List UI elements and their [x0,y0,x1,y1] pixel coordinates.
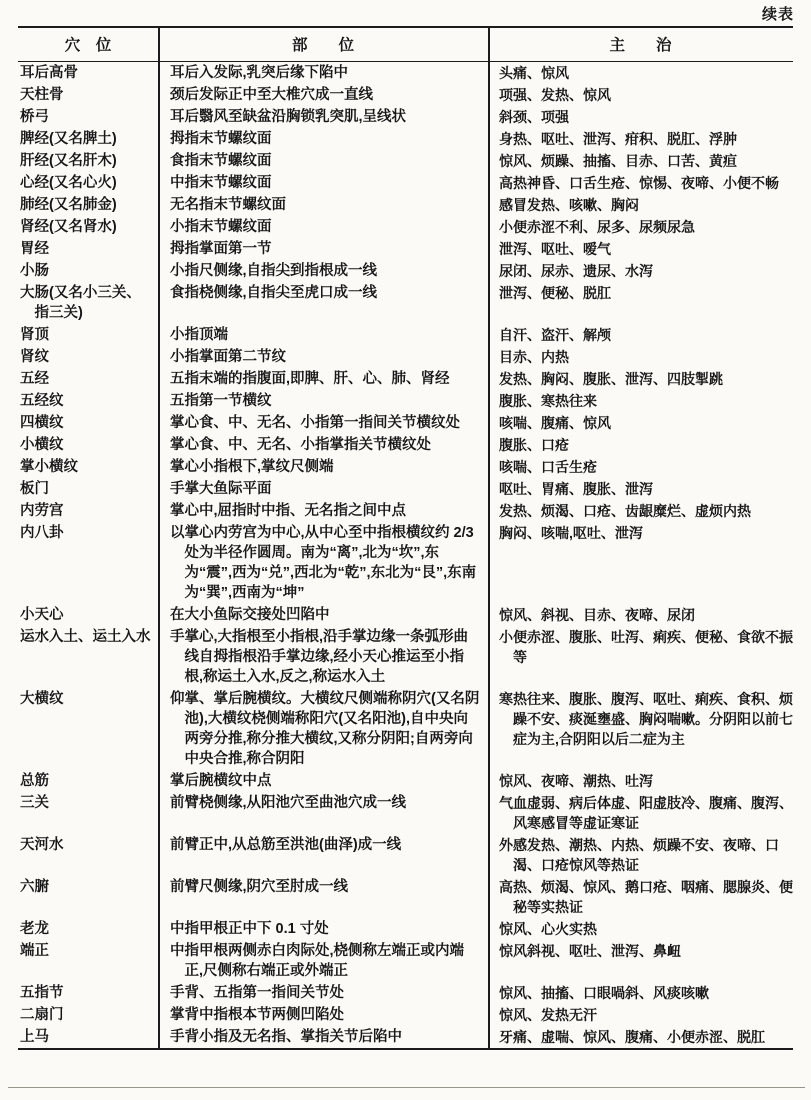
table-row: 端正中指甲根两侧赤白肉际处,桡侧称左端正或内端正,尺侧称右端正或外端正惊风斜视、… [18,940,793,982]
location-cell: 小指顶端 [158,324,488,346]
location-cell: 掌心食、中、无名、小指第一指间关节横纹处 [158,412,488,434]
point-cell: 五指节 [18,982,158,1004]
table-row: 老龙中指甲根正中下 0.1 寸处惊风、心火实热 [18,918,793,940]
location-cell: 掌心中,屈指时中指、无名指之间中点 [158,500,488,522]
table-row: 小横纹掌心食、中、无名、小指掌指关节横纹处腹胀、口疮 [18,434,793,456]
point-cell: 小横纹 [18,434,158,456]
indications-cell: 项强、发热、惊风 [488,84,793,106]
point-cell: 大横纹 [18,688,158,770]
point-cell: 肾经(又名肾水) [18,216,158,238]
indications-cell: 腹胀、口疮 [488,434,793,456]
table-row: 心经(又名心火)中指末节螺纹面高热神昏、口舌生疮、惊惕、夜啼、小便不畅 [18,172,793,194]
point-cell: 内八卦 [18,522,158,604]
indications-cell: 自汗、盗汗、解颅 [488,324,793,346]
table-header: 穴 位 部 位 主 治 [18,28,793,62]
point-cell: 小天心 [18,604,158,626]
location-cell: 手掌大鱼际平面 [158,478,488,500]
point-cell: 肝经(又名肝木) [18,150,158,172]
table-row: 板门手掌大鱼际平面呕吐、胃痛、腹胀、泄泻 [18,478,793,500]
point-cell: 板门 [18,478,158,500]
indications-cell: 小便赤涩、腹胀、吐泻、痢疾、便秘、食欲不振等 [488,626,793,688]
point-cell: 天柱骨 [18,84,158,106]
location-cell: 中指末节螺纹面 [158,172,488,194]
column-header-location: 部 位 [158,28,488,61]
indications-cell: 咳喘、口舌生疮 [488,456,793,478]
table-row: 三关前臂桡侧缘,从阳池穴至曲池穴成一线气血虚弱、病后体虚、阳虚肢冷、腹痛、腹泻、… [18,792,793,834]
point-cell: 胃经 [18,238,158,260]
location-cell: 食指末节螺纹面 [158,150,488,172]
location-cell: 小指尺侧缘,自指尖到指根成一线 [158,260,488,282]
location-cell: 在大小鱼际交接处凹陷中 [158,604,488,626]
location-cell: 拇指末节螺纹面 [158,128,488,150]
indications-cell: 身热、呕吐、泄泻、疳积、脱肛、浮肿 [488,128,793,150]
point-cell: 端正 [18,940,158,982]
indications-cell: 腹胀、寒热往来 [488,390,793,412]
table-row: 内劳宫掌心中,屈指时中指、无名指之间中点发热、烦渴、口疮、齿龈糜烂、虚烦内热 [18,500,793,522]
point-cell: 肺经(又名肺金) [18,194,158,216]
point-cell: 心经(又名心火) [18,172,158,194]
location-cell: 小指掌面第二节纹 [158,346,488,368]
point-cell: 耳后高骨 [18,62,158,84]
table-row: 二扇门掌背中指根本节两侧凹陷处惊风、发热无汗 [18,1004,793,1026]
point-cell: 五经纹 [18,390,158,412]
point-cell: 天河水 [18,834,158,876]
table-row: 桥弓耳后翳风至缺盆沿胸锁乳突肌,呈线状斜颈、项强 [18,106,793,128]
location-cell: 食指桡侧缘,自指尖至虎口成一线 [158,282,488,324]
location-cell: 手背小指及无名指、掌指关节后陷中 [158,1026,488,1048]
point-cell: 掌小横纹 [18,456,158,478]
location-cell: 颈后发际正中至大椎穴成一直线 [158,84,488,106]
indications-cell: 斜颈、项强 [488,106,793,128]
table-row: 六腑前臂尺侧缘,阴穴至肘成一线高热、烦渴、惊风、鹅口疮、咽痛、腮腺炎、便秘等实热… [18,876,793,918]
table-row: 肺经(又名肺金)无名指末节螺纹面感冒发热、咳嗽、胸闷 [18,194,793,216]
column-header-point: 穴 位 [18,28,158,61]
indications-cell: 惊风斜视、呕吐、泄泻、鼻衄 [488,940,793,982]
location-cell: 前臂尺侧缘,阴穴至肘成一线 [158,876,488,918]
location-cell: 耳后翳风至缺盆沿胸锁乳突肌,呈线状 [158,106,488,128]
location-cell: 前臂桡侧缘,从阳池穴至曲池穴成一线 [158,792,488,834]
table-row: 肾经(又名肾水)小指末节螺纹面小便赤涩不利、尿多、尿频尿急 [18,216,793,238]
indications-cell: 泄泻、呕吐、嗳气 [488,238,793,260]
location-cell: 五指末端的指腹面,即脾、肝、心、肺、肾经 [158,368,488,390]
table-row: 总筋掌后腕横纹中点惊风、夜啼、潮热、吐泻 [18,770,793,792]
indications-cell: 高热、烦渴、惊风、鹅口疮、咽痛、腮腺炎、便秘等实热证 [488,876,793,918]
indications-cell: 惊风、烦躁、抽搐、目赤、口苦、黄疸 [488,150,793,172]
table-body: 耳后高骨耳后入发际,乳突后缘下陷中头痛、惊风天柱骨颈后发际正中至大椎穴成一直线项… [18,62,793,1048]
table-row: 上马手背小指及无名指、掌指关节后陷中牙痛、虚喘、惊风、腹痛、小便赤涩、脱肛 [18,1026,793,1048]
table-row: 大肠(又名小三关、指三关)食指桡侧缘,自指尖至虎口成一线泄泻、便秘、脱肛 [18,282,793,324]
point-cell: 六腑 [18,876,158,918]
point-cell: 大肠(又名小三关、指三关) [18,282,158,324]
point-cell: 小肠 [18,260,158,282]
table-row: 天柱骨颈后发际正中至大椎穴成一直线项强、发热、惊风 [18,84,793,106]
table-row: 五指节手背、五指第一指间关节处惊风、抽搐、口眼喎斜、风痰咳嗽 [18,982,793,1004]
indications-cell: 发热、胸闷、腹胀、泄泻、四肢掣跳 [488,368,793,390]
indications-cell: 外感发热、潮热、内热、烦躁不安、夜啼、口渴、口疮惊风等热证 [488,834,793,876]
point-cell: 五经 [18,368,158,390]
acupoint-table: 穴 位 部 位 主 治 耳后高骨耳后入发际,乳突后缘下陷中头痛、惊风天柱骨颈后发… [18,26,793,1050]
point-cell: 总筋 [18,770,158,792]
table-row: 天河水前臂正中,从总筋至洪池(曲泽)成一线外感发热、潮热、内热、烦躁不安、夜啼、… [18,834,793,876]
point-cell: 肾纹 [18,346,158,368]
table-row: 掌小横纹掌心小指根下,掌纹尺侧端咳喘、口舌生疮 [18,456,793,478]
location-cell: 掌背中指根本节两侧凹陷处 [158,1004,488,1026]
column-header-indications: 主 治 [488,28,793,61]
location-cell: 掌心小指根下,掌纹尺侧端 [158,456,488,478]
table-row: 五经五指末端的指腹面,即脾、肝、心、肺、肾经发热、胸闷、腹胀、泄泻、四肢掣跳 [18,368,793,390]
indications-cell: 寒热往来、腹胀、腹泻、呕吐、痢疾、食积、烦躁不安、痰涎壅盛、胸闷喘嗽。分阴阳以前… [488,688,793,770]
location-cell: 手掌心,大指根至小指根,沿手掌边缘一条弧形曲线自拇指根沿手掌边缘,经小天心推运至… [158,626,488,688]
table-row: 五经纹五指第一节横纹腹胀、寒热往来 [18,390,793,412]
table-row: 耳后高骨耳后入发际,乳突后缘下陷中头痛、惊风 [18,62,793,84]
column-divider-1 [158,28,160,1048]
point-cell: 老龙 [18,918,158,940]
continued-table-label: 续表 [762,3,794,24]
indications-cell: 发热、烦渴、口疮、齿龈糜烂、虚烦内热 [488,500,793,522]
location-cell: 中指甲根两侧赤白肉际处,桡侧称左端正或内端正,尺侧称右端正或外端正 [158,940,488,982]
location-cell: 手背、五指第一指间关节处 [158,982,488,1004]
table-row: 脾经(又名脾土)拇指末节螺纹面身热、呕吐、泄泻、疳积、脱肛、浮肿 [18,128,793,150]
table-row: 内八卦以掌心内劳宫为中心,从中心至中指根横纹约 2/3 处为半径作圆周。南为“离… [18,522,793,604]
location-cell: 无名指末节螺纹面 [158,194,488,216]
location-cell: 掌心食、中、无名、小指掌指关节横纹处 [158,434,488,456]
table-row: 运水入土、运土入水手掌心,大指根至小指根,沿手掌边缘一条弧形曲线自拇指根沿手掌边… [18,626,793,688]
table-row: 肾纹小指掌面第二节纹目赤、内热 [18,346,793,368]
location-cell: 小指末节螺纹面 [158,216,488,238]
location-cell: 五指第一节横纹 [158,390,488,412]
point-cell: 二扇门 [18,1004,158,1026]
indications-cell: 高热神昏、口舌生疮、惊惕、夜啼、小便不畅 [488,172,793,194]
indications-cell: 咳喘、腹痛、惊风 [488,412,793,434]
location-cell: 前臂正中,从总筋至洪池(曲泽)成一线 [158,834,488,876]
indications-cell: 惊风、斜视、目赤、夜啼、尿闭 [488,604,793,626]
table-row: 小肠小指尺侧缘,自指尖到指根成一线尿闭、尿赤、遗尿、水泻 [18,260,793,282]
indications-cell: 尿闭、尿赤、遗尿、水泻 [488,260,793,282]
indications-cell: 气血虚弱、病后体虚、阳虚肢冷、腹痛、腹泻、风寒感冒等虚证寒证 [488,792,793,834]
column-divider-2 [488,28,490,1048]
location-cell: 中指甲根正中下 0.1 寸处 [158,918,488,940]
location-cell: 掌后腕横纹中点 [158,770,488,792]
indications-cell: 泄泻、便秘、脱肛 [488,282,793,324]
point-cell: 四横纹 [18,412,158,434]
indications-cell: 惊风、发热无汗 [488,1004,793,1026]
location-cell: 耳后入发际,乳突后缘下陷中 [158,62,488,84]
indications-cell: 惊风、心火实热 [488,918,793,940]
indications-cell: 头痛、惊风 [488,62,793,84]
indications-cell: 目赤、内热 [488,346,793,368]
indications-cell: 感冒发热、咳嗽、胸闷 [488,194,793,216]
table-row: 胃经拇指掌面第一节泄泻、呕吐、嗳气 [18,238,793,260]
point-cell: 上马 [18,1026,158,1048]
point-cell: 运水入土、运土入水 [18,626,158,688]
location-cell: 拇指掌面第一节 [158,238,488,260]
indications-cell: 惊风、夜啼、潮热、吐泻 [488,770,793,792]
table-row: 肝经(又名肝木)食指末节螺纹面惊风、烦躁、抽搐、目赤、口苦、黄疸 [18,150,793,172]
point-cell: 内劳宫 [18,500,158,522]
table-row: 四横纹掌心食、中、无名、小指第一指间关节横纹处咳喘、腹痛、惊风 [18,412,793,434]
table-row: 小天心在大小鱼际交接处凹陷中惊风、斜视、目赤、夜啼、尿闭 [18,604,793,626]
location-cell: 仰掌、掌后腕横纹。大横纹尺侧端称阴穴(又名阴池),大横纹桡侧端称阳穴(又名阳池)… [158,688,488,770]
point-cell: 肾顶 [18,324,158,346]
page: 续表 穴 位 部 位 主 治 耳后高骨耳后入发际,乳突后缘下陷中头痛、惊风天柱骨… [0,0,811,1100]
location-cell: 以掌心内劳宫为中心,从中心至中指根横纹约 2/3 处为半径作圆周。南为“离”,北… [158,522,488,604]
point-cell: 桥弓 [18,106,158,128]
point-cell: 脾经(又名脾土) [18,128,158,150]
indications-cell: 呕吐、胃痛、腹胀、泄泻 [488,478,793,500]
point-cell: 三关 [18,792,158,834]
bottom-rule [8,1087,805,1088]
indications-cell: 胸闷、咳喘,呕吐、泄泻 [488,522,793,604]
indications-cell: 小便赤涩不利、尿多、尿频尿急 [488,216,793,238]
table-row: 肾顶小指顶端自汗、盗汗、解颅 [18,324,793,346]
table-row: 大横纹仰掌、掌后腕横纹。大横纹尺侧端称阴穴(又名阴池),大横纹桡侧端称阳穴(又名… [18,688,793,770]
indications-cell: 惊风、抽搐、口眼喎斜、风痰咳嗽 [488,982,793,1004]
indications-cell: 牙痛、虚喘、惊风、腹痛、小便赤涩、脱肛 [488,1026,793,1048]
